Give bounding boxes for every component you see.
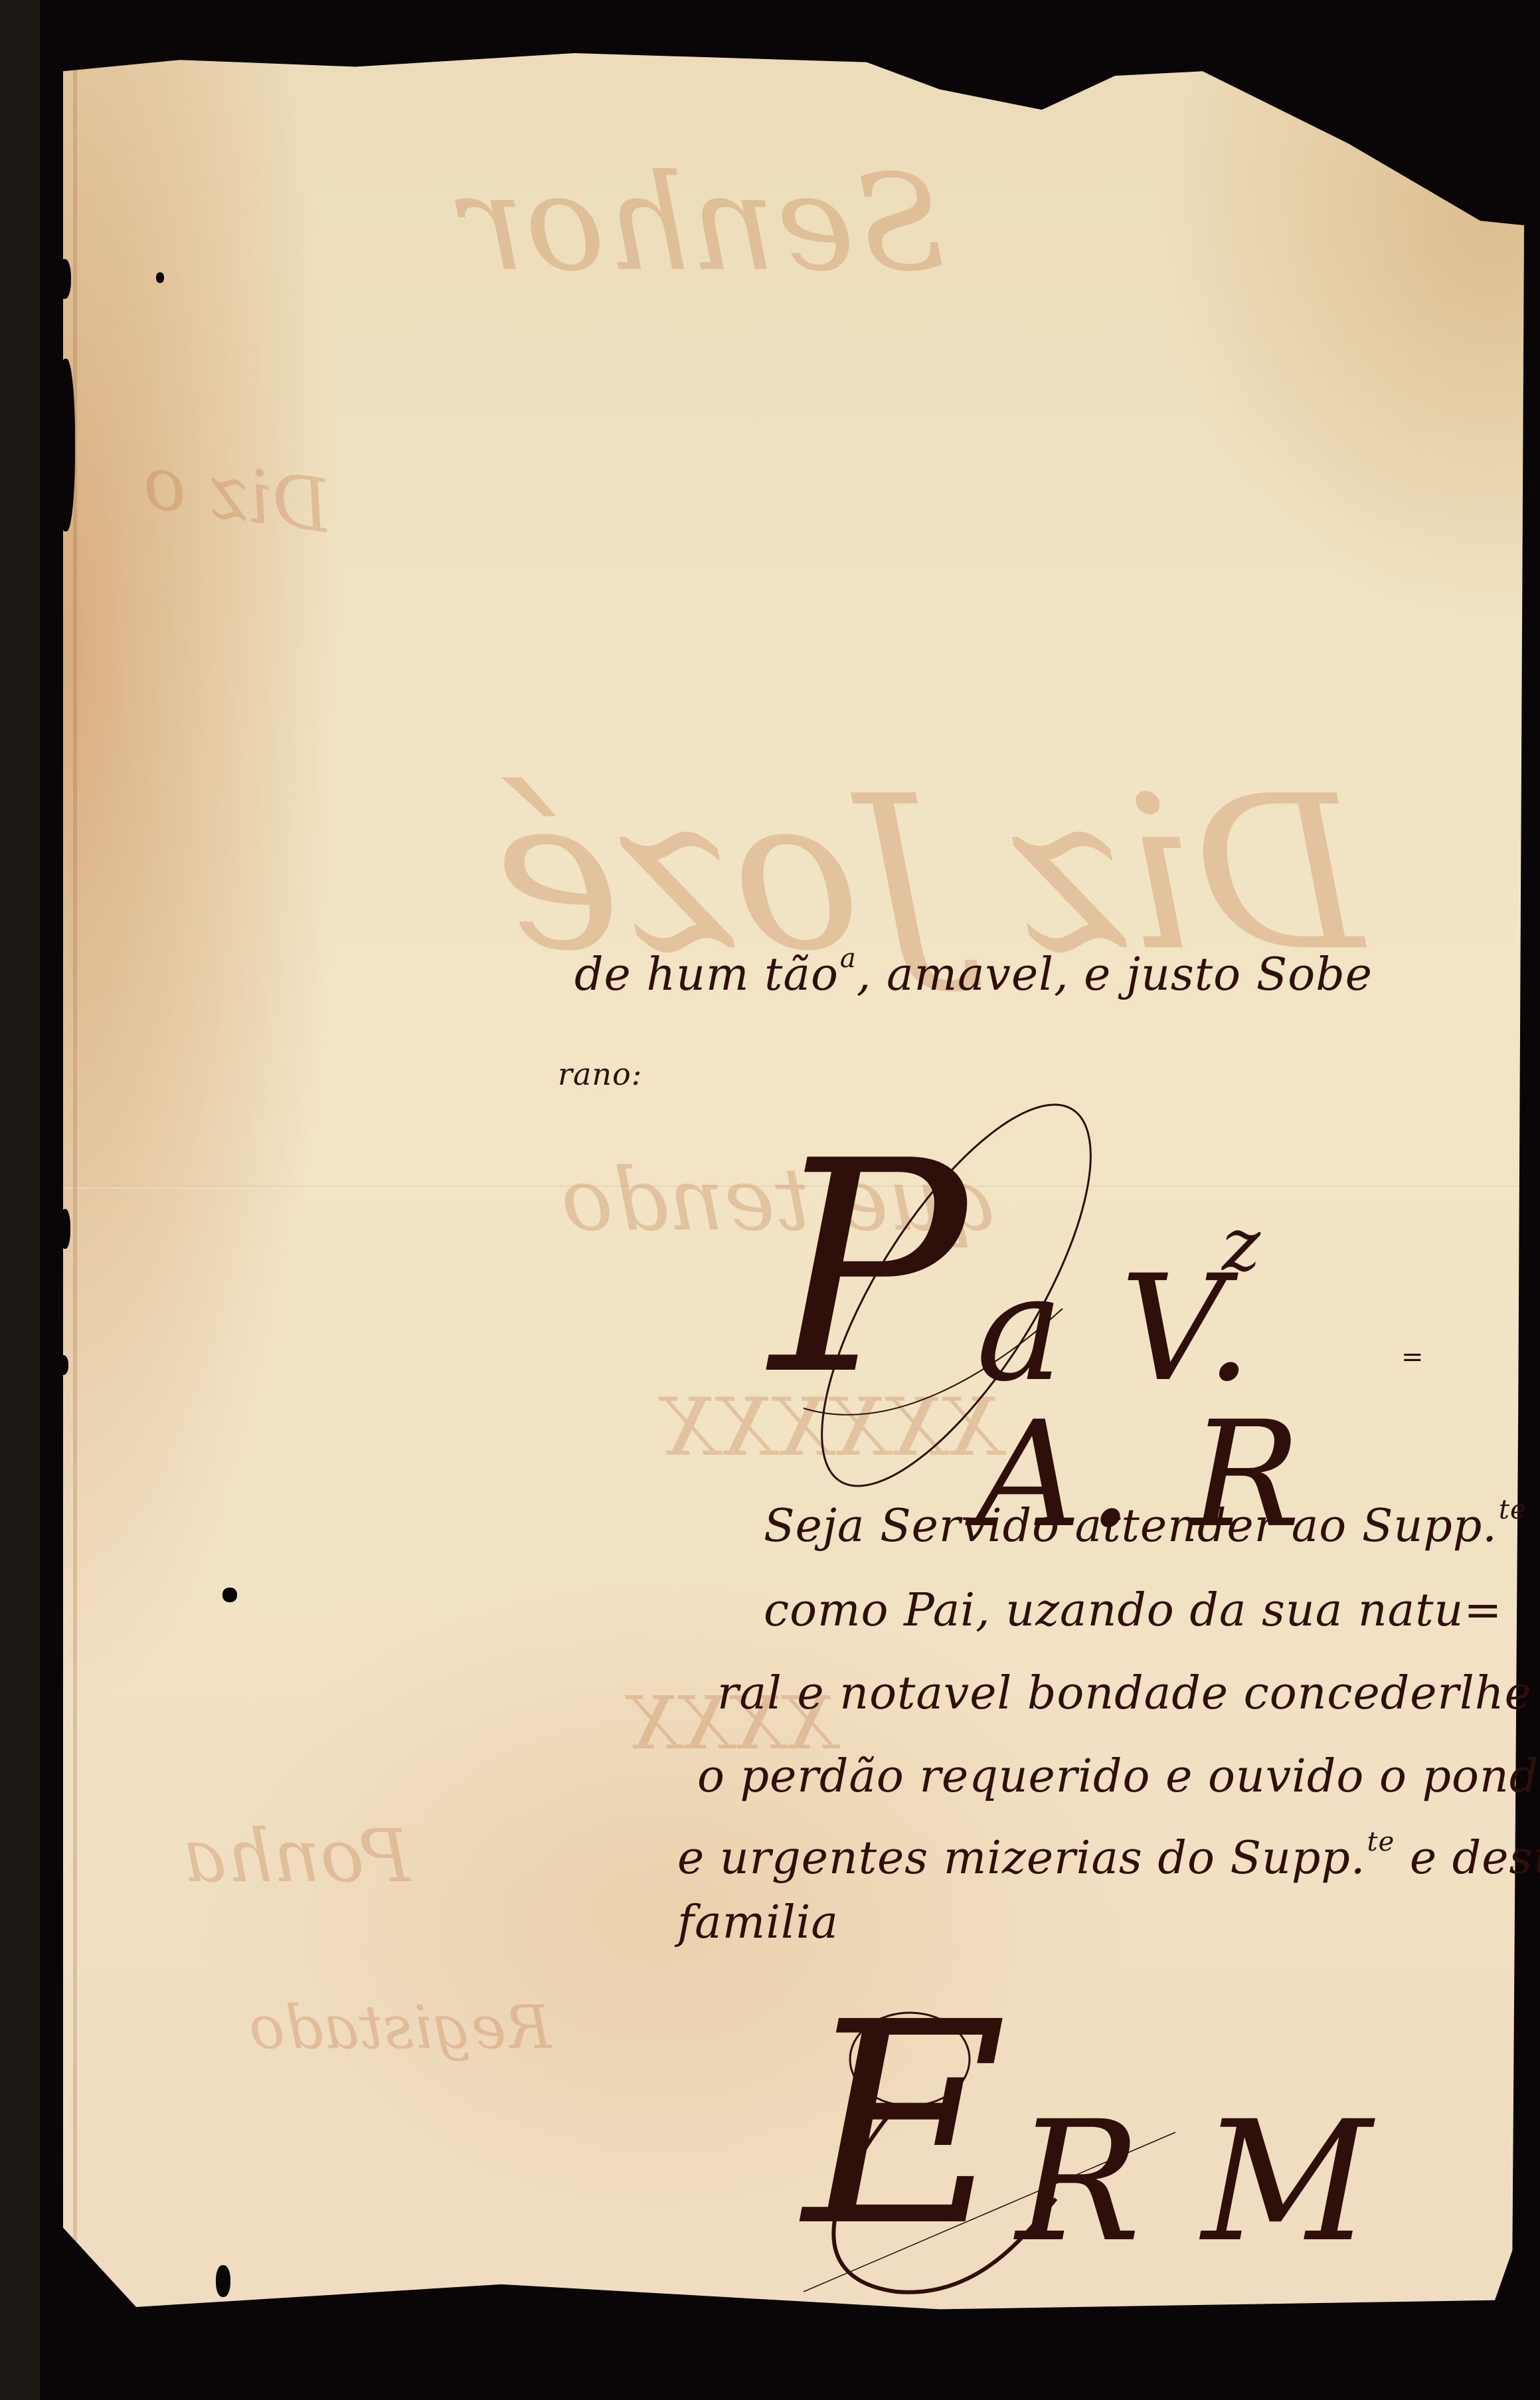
opening-line-2: rano:: [558, 1056, 642, 1092]
show-through-ink: Senhor: [462, 146, 946, 301]
paper-hole: [60, 1209, 70, 1249]
closing-abbreviation: E R M: [804, 1999, 1468, 2305]
show-through-ink: Ponha: [183, 1813, 410, 1898]
body-line-5: e urgentes mizerias do Supp.te e desua: [677, 1827, 1540, 1885]
body-line-5-text: e urgentes mizerias do Supp.: [677, 1832, 1366, 1885]
paper-hole: [216, 2265, 230, 2297]
body-line-1-text: Seja Servido attender ao Supp.: [764, 1500, 1497, 1552]
paper-hole: [58, 1355, 68, 1375]
paper-hole: [58, 259, 71, 299]
heading-superscript: z: [1222, 1202, 1260, 1287]
show-through-ink: Registado: [249, 1993, 551, 2063]
body-line-1: Seja Servido attender ao Supp.te: [764, 1495, 1527, 1552]
paper-hole: [156, 272, 164, 283]
body-line-5-tail: e desua: [1395, 1832, 1540, 1885]
body-line-6: familia: [677, 1896, 839, 1949]
body-line-4-text: o perdão requerido e ouvido o ponderado: [697, 1750, 1540, 1803]
scan-backdrop: [0, 0, 40, 2400]
heading-abbreviation: P a V. A. R z =: [757, 1123, 1434, 1468]
body-line-2: como Pai, uzando da sua natu=: [764, 1584, 1502, 1637]
opening-line-1-rest: , amavel, e justo Sobe: [857, 949, 1373, 1001]
body-line-2-text: como Pai, uzando da sua natu: [764, 1584, 1464, 1637]
closing-initial: E: [804, 1986, 1007, 2265]
paper-hole: [222, 1588, 237, 1602]
body-line-3: ral e notavel bondade concederlhe: [717, 1667, 1532, 1720]
superscript: a: [840, 943, 857, 974]
paper-hole: [222, 2305, 236, 2332]
superscript: te: [1499, 1495, 1527, 1525]
body-line-6-text: familia: [677, 1896, 839, 1949]
superscript: te: [1367, 1827, 1395, 1857]
line-hyphen: =: [1464, 1584, 1502, 1637]
opening-line-2-text: rano:: [558, 1056, 642, 1092]
heading-initial: P: [770, 1123, 967, 1415]
show-through-ink: Diz o: [137, 439, 335, 549]
body-line-4: o perdão requerido e ouvido o ponderado: [697, 1750, 1540, 1803]
opening-line-1-start: de hum tão: [574, 949, 839, 1001]
opening-line-1: de hum tãoa, amavel, e justo Sobe: [574, 943, 1373, 1001]
paper-hole: [56, 359, 75, 531]
body-line-3-text: ral e notavel bondade concederlhe: [717, 1667, 1532, 1720]
closing-letters: R M: [1016, 2099, 1376, 2265]
heading-trailing-mark: =: [1401, 1342, 1424, 1372]
